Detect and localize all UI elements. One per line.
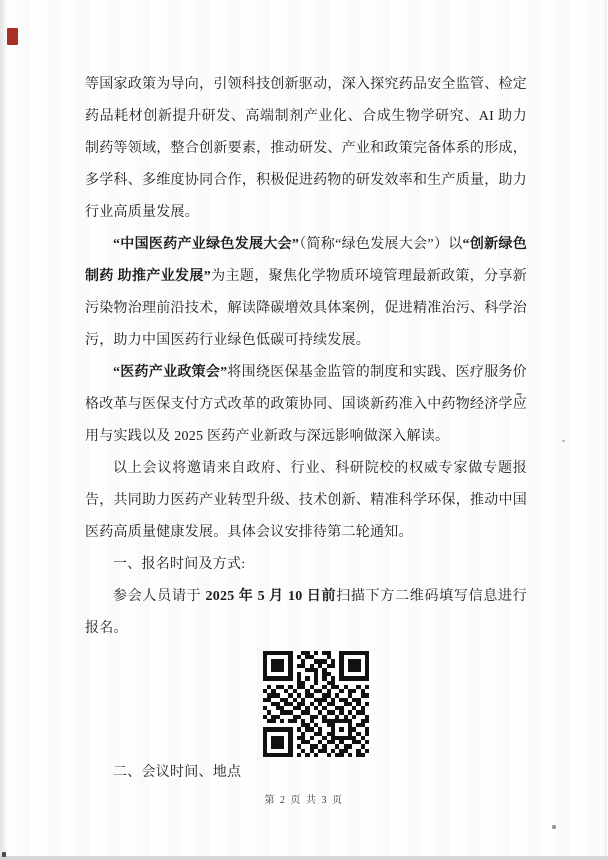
scan-edge-right: [602, 0, 607, 860]
body-paragraph-2: “中国医药产业绿色发展大会”（简称“绿色发展大会”）以“创新绿色制药 助推产业发…: [85, 229, 527, 357]
registration-qr-code: [263, 651, 369, 757]
scanned-document-page: 等国家政策为导向，引领科技创新驱动，深入探究药品安全监管、检定药品耗材创新提升研…: [0, 0, 608, 860]
body-paragraph-1: 等国家政策为导向，引领科技创新驱动，深入探究药品安全监管、检定药品耗材创新提升研…: [85, 69, 527, 229]
section-2-heading: 二、会议时间、地点: [85, 757, 527, 789]
registration-paragraph: 参会人员请于 2025 年 5 月 10 日前扫描下方二维码填写信息进行报名。: [85, 581, 527, 645]
scan-edge-bottom: [0, 856, 608, 860]
red-mark: [7, 28, 18, 45]
scan-speck: [562, 440, 565, 442]
page-footer: 第 2 页 共 3 页: [0, 791, 608, 806]
scan-speck: [2, 852, 6, 857]
document-body: 等国家政策为导向，引领科技创新驱动，深入探究药品安全监管、检定药品耗材创新提升研…: [85, 69, 527, 789]
body-paragraph-4: 以上会议将邀请来自政府、行业、科研院校的权威专家做专题报告，共同助力医药产业转型…: [85, 453, 527, 549]
section-1-heading: 一、报名时间及方式:: [85, 549, 527, 581]
scan-speck: [552, 825, 556, 829]
body-paragraph-3: “医药产业政策会”将围绕医保基金监管的制度和实践、医疗服务价格改革与医保支付方式…: [85, 357, 527, 453]
scan-edge-left: [0, 0, 7, 860]
